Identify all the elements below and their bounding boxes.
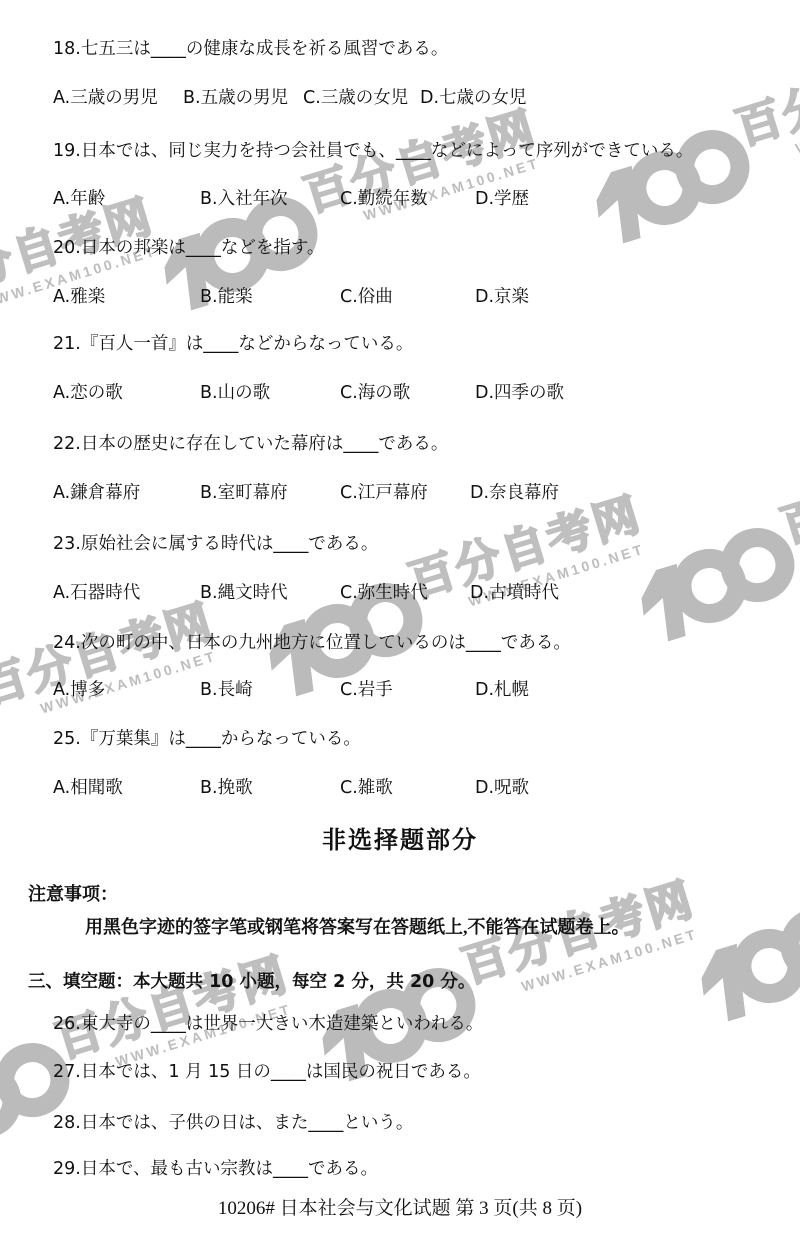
option-a: A.相聞歌 xyxy=(53,777,123,799)
exam100-logo-icon xyxy=(580,116,753,252)
part3-title: 三、填空题：本大题共 10 小题，每空 2 分，共 20 分。 xyxy=(28,968,475,993)
option-d: D.札幌 xyxy=(475,679,529,701)
question-23-options: A.石器時代 B.縄文時代 C.弥生時代 D.古墳時代 xyxy=(0,582,800,606)
page-footer: 10206# 日本社会与文化试题 第 3 页(共 8 页) xyxy=(0,1193,800,1220)
option-a: A.博多 xyxy=(53,679,105,701)
question-18-stem: 18.七五三は____の健康な成長を祈る風習である。 xyxy=(53,38,448,60)
option-b: B.室町幕府 xyxy=(200,482,288,504)
option-a: A.鎌倉幕府 xyxy=(53,482,140,504)
exam100-logo-icon xyxy=(0,1029,73,1165)
option-c: C.弥生時代 xyxy=(340,582,428,604)
question-22-stem: 22.日本の歴史に存在していた幕府は____である。 xyxy=(53,433,448,455)
question-21-options: A.恋の歌 B.山の歌 C.海の歌 D.四季の歌 xyxy=(0,382,800,406)
question-25-options: A.相聞歌 B.挽歌 C.雑歌 D.呪歌 xyxy=(0,777,800,801)
question-29-stem: 29.日本で、最も古い宗教は____である。 xyxy=(53,1158,378,1180)
option-b: B.長崎 xyxy=(200,679,253,701)
option-a: A.三歳の男児 xyxy=(53,87,158,109)
option-b: B.能楽 xyxy=(200,286,253,308)
option-c: C.江戸幕府 xyxy=(340,482,428,504)
option-b: B.五歳の男児 xyxy=(183,87,288,109)
option-a: A.石器時代 xyxy=(53,582,140,604)
question-27-stem: 27.日本では、1 月 15 日の____は国民の祝日である。 xyxy=(53,1061,481,1083)
option-a: A.雅楽 xyxy=(53,286,105,308)
option-c: C.海の歌 xyxy=(340,382,410,404)
notice-title: 注意事项： xyxy=(28,880,118,906)
exam-page: 百分自考网 WWW.EXAM100.NET 百分自考网 WWW.EXAM100.… xyxy=(0,0,800,1237)
option-d: D.奈良幕府 xyxy=(470,482,559,504)
option-b: B.縄文時代 xyxy=(200,582,288,604)
exam100-logo-icon xyxy=(685,894,800,1030)
question-20-stem: 20.日本の邦楽は____などを指す。 xyxy=(53,237,324,259)
option-c: C.雑歌 xyxy=(340,777,393,799)
option-c: C.三歳の女児 xyxy=(303,87,408,109)
question-28-stem: 28.日本では、子供の日は、また____という。 xyxy=(53,1112,413,1134)
option-a: A.年齢 xyxy=(53,188,105,210)
option-a: A.恋の歌 xyxy=(53,382,123,404)
question-19-options: A.年齢 B.入社年次 C.勤続年数 D.学歴 xyxy=(0,188,800,212)
option-b: B.挽歌 xyxy=(200,777,253,799)
notice-body: 用黑色字迹的签字笔或钢笔将答案写在答题纸上,不能答在试题卷上。 xyxy=(85,913,630,939)
option-c: C.勤続年数 xyxy=(340,188,428,210)
question-20-options: A.雅楽 B.能楽 C.俗曲 D.京楽 xyxy=(0,286,800,310)
option-d: D.七歳の女児 xyxy=(420,87,527,109)
option-d: D.京楽 xyxy=(475,286,529,308)
option-d: D.四季の歌 xyxy=(475,382,564,404)
question-18-options: A.三歳の男児 B.五歳の男児 C.三歳の女児 D.七歳の女児 xyxy=(0,87,800,111)
section-heading: 非选择题部分 xyxy=(0,820,800,855)
question-24-stem: 24.次の町の中、日本の九州地方に位置しているのは____である。 xyxy=(53,632,571,654)
option-c: C.俗曲 xyxy=(340,286,393,308)
option-b: B.入社年次 xyxy=(200,188,288,210)
option-d: D.古墳時代 xyxy=(470,582,559,604)
option-b: B.山の歌 xyxy=(200,382,270,404)
question-19-stem: 19.日本では、同じ実力を持つ会社員でも、____などによって序列ができている。 xyxy=(53,140,693,162)
question-25-stem: 25.『万葉集』は____からなっている。 xyxy=(53,728,361,750)
watermark: 百分自考网 WWW.EXAM100.NET xyxy=(625,442,800,651)
option-d: D.学歴 xyxy=(475,188,529,210)
question-23-stem: 23.原始社会に属する時代は____である。 xyxy=(53,533,378,555)
question-22-options: A.鎌倉幕府 B.室町幕府 C.江戸幕府 D.奈良幕府 xyxy=(0,482,800,506)
question-21-stem: 21.『百人一首』は____などからなっている。 xyxy=(53,333,413,355)
question-26-stem: 26.東大寺の____は世界一大きい木造建築といわれる。 xyxy=(53,1013,483,1035)
option-d: D.呪歌 xyxy=(475,777,529,799)
option-c: C.岩手 xyxy=(340,679,393,701)
question-24-options: A.博多 B.長崎 C.岩手 D.札幌 xyxy=(0,679,800,703)
